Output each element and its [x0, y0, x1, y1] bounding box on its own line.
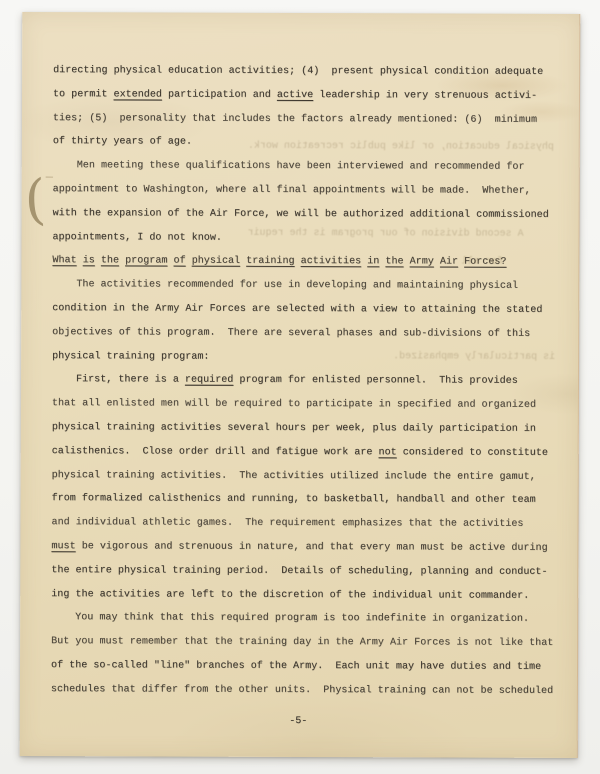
- underlined-word: not: [379, 447, 397, 458]
- typed-segment: participation and: [162, 89, 277, 100]
- typed-line: The activities recommended for use in de…: [52, 273, 560, 299]
- typed-segment: that all enlisted men will be required t…: [52, 398, 536, 411]
- typed-line: What is the program of physical training…: [52, 250, 560, 276]
- typed-line: and individual athletic games. The requi…: [51, 511, 559, 537]
- typed-line: ties; (5) personality that includes the …: [53, 107, 561, 133]
- typed-line: Men meeting these qualifications have be…: [53, 154, 561, 180]
- underlined-word: Air: [440, 257, 458, 268]
- typed-line: physical training activities several hou…: [52, 416, 560, 442]
- underlined-word: program: [125, 256, 167, 267]
- typed-text: directing physical education activities;…: [51, 59, 561, 703]
- underlined-word: the: [385, 257, 403, 268]
- typed-segment: But you must remember that the training …: [51, 636, 553, 649]
- typed-line: the entire physical training period. Det…: [51, 559, 559, 585]
- typed-segment: ties; (5) personality that includes the …: [53, 113, 537, 126]
- typed-line: physical training program:: [52, 345, 560, 371]
- page-number: -5-: [20, 715, 577, 728]
- typed-segment: schedules that differ from the other uni…: [51, 684, 553, 697]
- typed-line: that all enlisted men will be required t…: [52, 392, 560, 418]
- typed-segment: considered to constitute: [397, 447, 548, 459]
- typed-line: ing the activities are left to the discr…: [51, 583, 559, 609]
- typed-segment: objectives of this program. There are se…: [52, 327, 530, 340]
- typed-line: calisthenics. Close order drill and fati…: [52, 440, 560, 466]
- underlined-word: active: [277, 90, 313, 101]
- typed-line: But you must remember that the training …: [51, 630, 559, 656]
- typed-segment: physical training activities several hou…: [52, 422, 536, 435]
- typed-segment: First, there is a: [76, 375, 185, 386]
- typed-line: condition in the Army Air Forces are sel…: [52, 297, 560, 323]
- typed-segment: of thirty years of age.: [53, 137, 192, 148]
- scan-background: directing physical education activities;…: [0, 0, 600, 774]
- typed-line: appointment to Washington, where all fin…: [53, 178, 561, 204]
- typed-segment: the entire physical training period. Det…: [51, 565, 547, 578]
- underlined-word: is: [83, 256, 95, 267]
- typed-line: to permit extended participation and act…: [53, 83, 561, 109]
- typed-line: of the so-called "line" branches of the …: [51, 654, 559, 680]
- typed-segment: program for enlisted personnel. This pro…: [233, 375, 517, 387]
- typed-line: of thirty years of age.: [53, 131, 561, 157]
- typed-line: You may think that this required program…: [51, 606, 559, 632]
- typed-segment: with the expansion of the Air Force, we …: [53, 208, 549, 221]
- typed-line: physical training activities. The activi…: [52, 464, 560, 490]
- underlined-word: physical: [192, 256, 240, 267]
- typed-line: schedules that differ from the other uni…: [51, 678, 559, 704]
- typed-segment: be vigorous and strenuous in nature, and…: [76, 541, 548, 554]
- underlined-word: extended: [114, 89, 162, 100]
- underlined-word: required: [185, 375, 233, 386]
- typed-segment: to permit: [53, 89, 114, 100]
- typed-segment: of the so-called "line" branches of the …: [51, 660, 541, 673]
- typed-segment: The activities recommended for use in de…: [76, 279, 518, 292]
- typed-segment: appointment to Washington, where all fin…: [53, 184, 531, 197]
- underlined-word: training: [246, 256, 294, 267]
- handwritten-paren-annotation: (: [23, 168, 47, 232]
- underlined-word: in: [367, 257, 379, 268]
- typed-line: First, there is a required program for e…: [52, 368, 560, 394]
- typed-segment: condition in the Army Air Forces are sel…: [52, 303, 542, 316]
- underlined-word: the: [101, 256, 119, 267]
- document-page: directing physical education activities;…: [20, 12, 581, 758]
- typed-segment: physical training activities. The activi…: [52, 470, 536, 483]
- typed-line: objectives of this program. There are se…: [52, 321, 560, 347]
- typed-line: from formalized calisthenics and running…: [52, 487, 560, 513]
- typed-line: must be vigorous and strenuous in nature…: [51, 535, 559, 561]
- underlined-word: of: [174, 256, 186, 267]
- typed-segment: calisthenics. Close order drill and fati…: [52, 446, 379, 458]
- typed-line: with the expansion of the Air Force, we …: [53, 202, 561, 228]
- typed-line: directing physical education activities;…: [53, 59, 561, 85]
- typed-segment: physical training program:: [52, 351, 209, 363]
- underlined-word: Forces?: [464, 257, 506, 268]
- typed-segment: from formalized calisthenics and running…: [52, 493, 536, 506]
- typed-segment: ing the activities are left to the discr…: [51, 589, 529, 602]
- typed-segment: directing physical education activities;…: [53, 65, 543, 78]
- typed-segment: Men meeting these qualifications have be…: [77, 160, 525, 173]
- typed-segment: and individual athletic games. The requi…: [51, 517, 523, 530]
- underlined-word: must: [51, 541, 75, 552]
- typed-segment: appointments, I do not know.: [52, 232, 221, 244]
- typed-segment: leadership in very strenuous activi-: [313, 90, 537, 102]
- typed-segment: You may think that this required program…: [75, 613, 529, 626]
- underlined-word: activities: [301, 256, 362, 267]
- underlined-word: Army: [410, 257, 434, 268]
- typed-line: appointments, I do not know.: [52, 226, 560, 252]
- underlined-word: What: [52, 256, 76, 267]
